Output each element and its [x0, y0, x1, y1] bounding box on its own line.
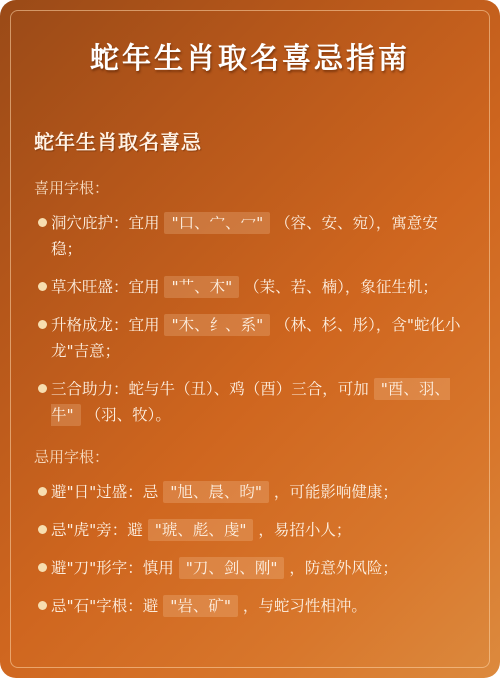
bullet-icon — [38, 525, 47, 534]
item-suffix: （羽、牧）。 — [81, 406, 171, 424]
item-prefix: 避"日"过盛：忌 — [51, 483, 163, 501]
item-suffix: ，防意外风险； — [284, 559, 397, 577]
list-item: 避"日"过盛：忌 "旭、晨、昀" ，可能影响健康； — [34, 479, 466, 505]
item-prefix: 避"刀"形字：慎用 — [51, 559, 179, 577]
favorable-label: 喜用字根： — [34, 177, 466, 198]
radical-highlight: "刀、剑、刚" — [179, 557, 285, 579]
bullet-icon — [38, 487, 47, 496]
content: 蛇年生肖取名喜忌 喜用字根： 洞穴庇护：宜用 "口、宀、冖" （容、安、宛），寓… — [34, 126, 466, 637]
list-item: 洞穴庇护：宜用 "口、宀、冖" （容、安、宛），寓意安稳； — [34, 210, 466, 262]
list-item: 三合助力：蛇与牛（丑）、鸡（酉）三合，可加 "酉、羽、牛" （羽、牧）。 — [34, 376, 466, 428]
unfavorable-label: 忌用字根： — [34, 446, 466, 467]
radical-highlight: "旭、晨、昀" — [163, 481, 269, 503]
item-suffix: ，易招小人； — [253, 521, 351, 539]
list-item: 忌"石"字根：避 "岩、矿" ，与蛇习性相冲。 — [34, 593, 466, 619]
item-prefix: 洞穴庇护：宜用 — [51, 214, 164, 232]
item-suffix: （茉、若、楠），象征生机； — [239, 278, 438, 296]
item-prefix: 草木旺盛：宜用 — [51, 278, 164, 296]
list-item: 升格成龙：宜用 "木、纟、系" （林、杉、彤），含"蛇化小龙"吉意； — [34, 312, 466, 364]
section-heading: 蛇年生肖取名喜忌 — [34, 126, 466, 155]
bullet-icon — [38, 218, 47, 227]
list-item: 草木旺盛：宜用 "艹、木" （茉、若、楠），象征生机； — [34, 274, 466, 300]
item-prefix: 升格成龙：宜用 — [51, 316, 164, 334]
item-prefix: 忌"石"字根：避 — [51, 597, 163, 615]
radical-highlight: "艹、木" — [164, 276, 239, 298]
bullet-icon — [38, 601, 47, 610]
radical-highlight: "口、宀、冖" — [164, 212, 270, 234]
list-item: 避"刀"形字：慎用 "刀、剑、刚" ，防意外风险； — [34, 555, 466, 581]
page-title: 蛇年生肖取名喜忌指南 — [0, 36, 500, 77]
bullet-icon — [38, 282, 47, 291]
bullet-icon — [38, 320, 47, 329]
item-suffix: ，可能影响健康； — [269, 483, 398, 501]
radical-highlight: "木、纟、系" — [164, 314, 270, 336]
item-prefix: 忌"虎"旁：避 — [51, 521, 148, 539]
guide-card: 蛇年生肖取名喜忌指南 蛇年生肖取名喜忌 喜用字根： 洞穴庇护：宜用 "口、宀、冖… — [0, 0, 500, 678]
radical-highlight: "琥、彪、虔" — [148, 519, 254, 541]
item-prefix: 三合助力：蛇与牛（丑）、鸡（酉）三合，可加 — [51, 380, 374, 398]
bullet-icon — [38, 563, 47, 572]
unfavorable-list: 避"日"过盛：忌 "旭、晨、昀" ，可能影响健康； 忌"虎"旁：避 "琥、彪、虔… — [34, 479, 466, 619]
radical-highlight: "岩、矿" — [163, 595, 238, 617]
favorable-list: 洞穴庇护：宜用 "口、宀、冖" （容、安、宛），寓意安稳； 草木旺盛：宜用 "艹… — [34, 210, 466, 428]
list-item: 忌"虎"旁：避 "琥、彪、虔" ，易招小人； — [34, 517, 466, 543]
bullet-icon — [38, 384, 47, 393]
item-suffix: ，与蛇习性相冲。 — [238, 597, 367, 615]
